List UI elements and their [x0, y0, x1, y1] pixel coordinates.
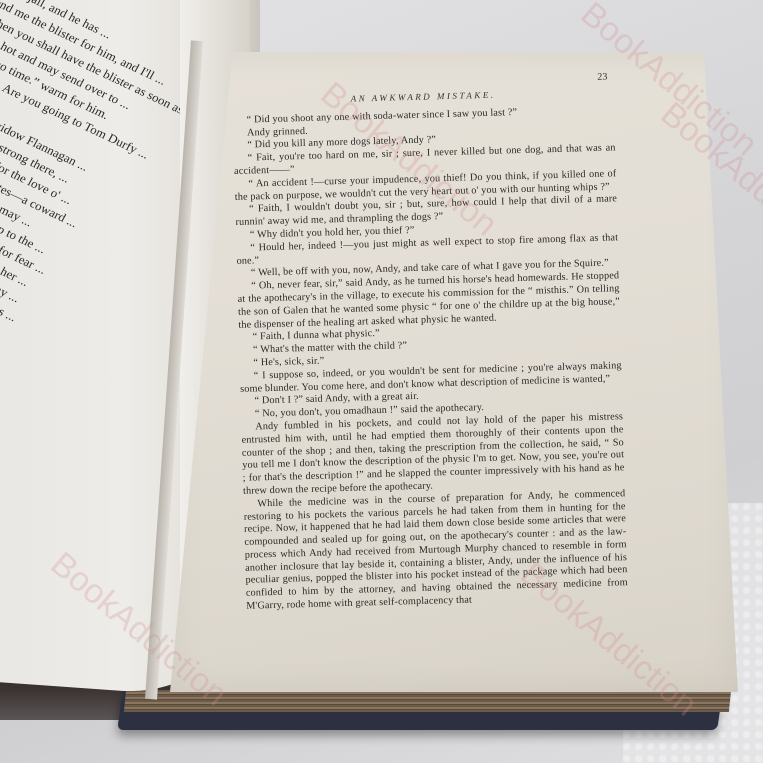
paragraph: While the medicine was in the course of … [243, 488, 628, 614]
page-number: 23 [597, 72, 608, 85]
page-edges [124, 690, 731, 712]
right-page-paragraphs: “ Did you shoot any one with soda-water … [233, 104, 629, 614]
paragraph: Andy fumbled in his pockets, and could n… [241, 411, 625, 498]
right-page-text: 23 AN AWKWARD MISTAKE. “ Did you shoot a… [232, 85, 628, 613]
